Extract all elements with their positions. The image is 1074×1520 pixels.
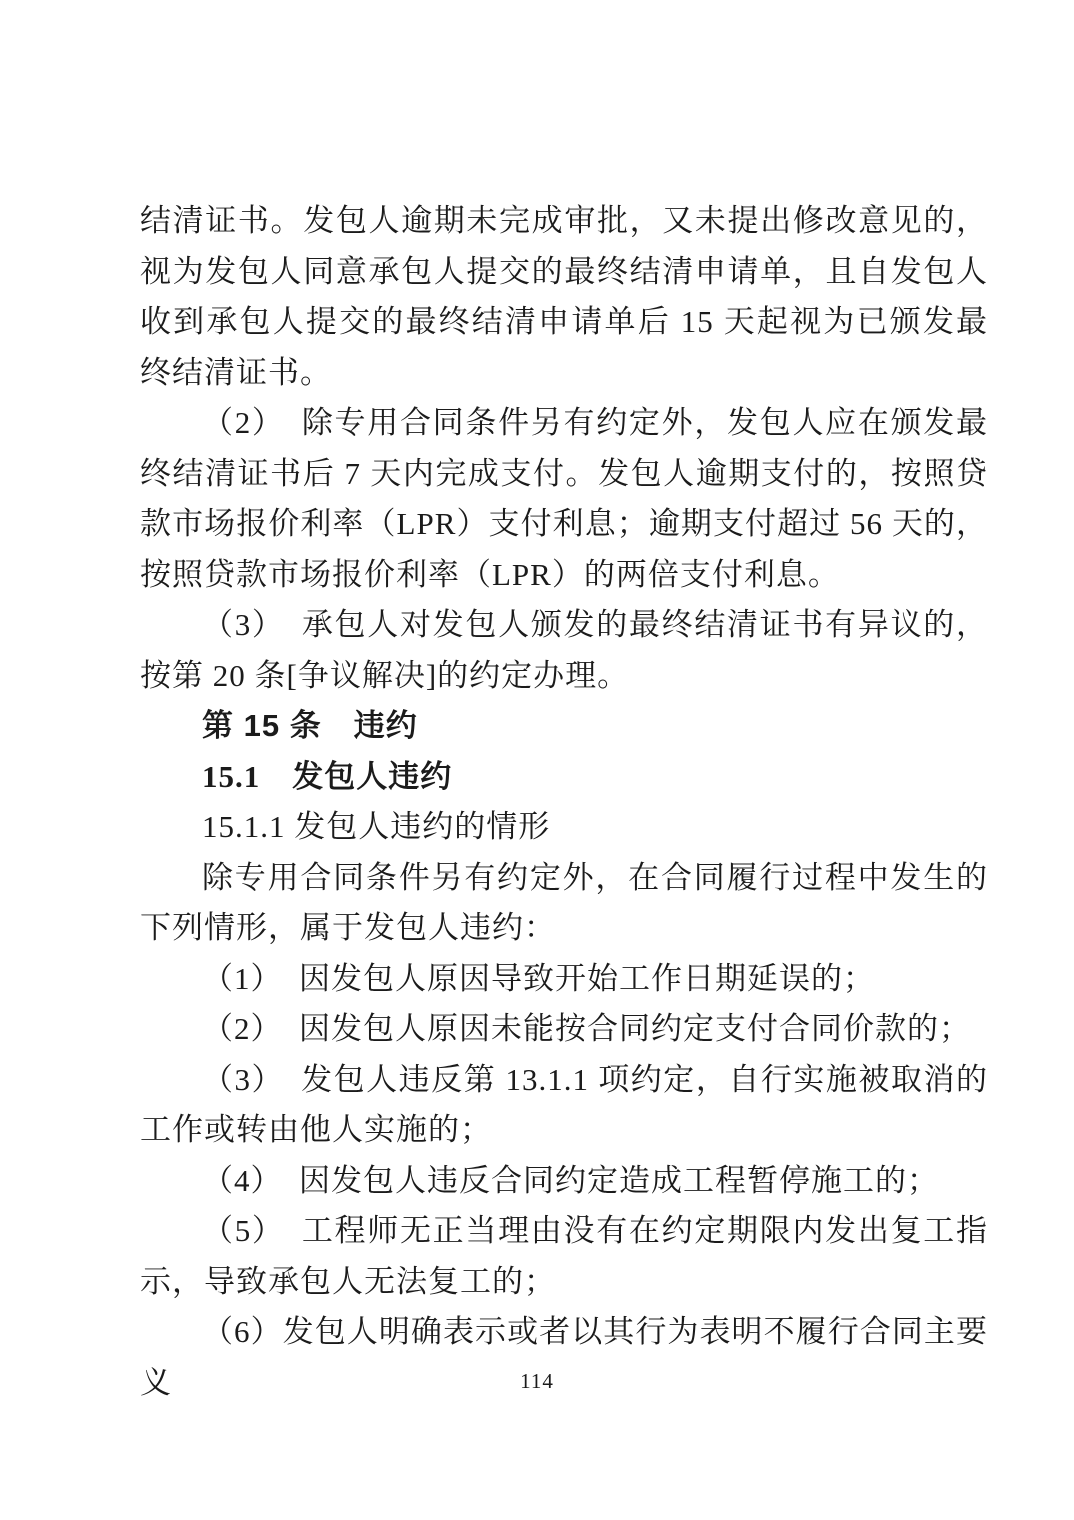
- breach-item-2-payment-failure: （2） 因发包人原因未能按合同约定支付合同价款的；: [140, 1004, 988, 1055]
- clause-item-2-final-settlement-payment: （2） 除专用合同条件另有约定外，发包人应在颁发最终结清证书后 7 天内完成支付…: [140, 398, 988, 600]
- heading-15-1-1-employer-breach-situations: 15.1.1 发包人违约的情形: [140, 802, 988, 853]
- document-page: 结清证书。发包人逾期未完成审批，又未提出修改意见的，视为发包人同意承包人提交的最…: [0, 0, 1074, 1520]
- heading-15-1-employer-breach: 15.1 发包人违约: [140, 752, 988, 803]
- breach-item-5-resumption-instruction: （5） 工程师无正当理由没有在约定期限内发出复工指示，导致承包人无法复工的；: [140, 1206, 988, 1307]
- breach-item-1-delayed-start: （1） 因发包人原因导致开始工作日期延误的；: [140, 954, 988, 1005]
- paragraph-final-settlement-continuation: 结清证书。发包人逾期未完成审批，又未提出修改意见的，视为发包人同意承包人提交的最…: [140, 196, 988, 398]
- page-footer: 114: [0, 1369, 1074, 1394]
- page-content: 结清证书。发包人逾期未完成审批，又未提出修改意见的，视为发包人同意承包人提交的最…: [140, 196, 988, 1408]
- heading-article-15-breach: 第 15 条 违约: [140, 701, 988, 752]
- breach-item-4-work-suspension: （4） 因发包人违反合同约定造成工程暂停施工的；: [140, 1156, 988, 1207]
- page-number: 114: [520, 1369, 554, 1393]
- paragraph-breach-intro: 除专用合同条件另有约定外，在合同履行过程中发生的下列情形，属于发包人违约：: [140, 853, 988, 954]
- clause-item-3-dispute-reference: （3） 承包人对发包人颁发的最终结清证书有异议的，按第 20 条[争议解决]的约…: [140, 600, 988, 701]
- breach-item-3-self-implementation: （3） 发包人违反第 13.1.1 项约定，自行实施被取消的工作或转由他人实施的…: [140, 1055, 988, 1156]
